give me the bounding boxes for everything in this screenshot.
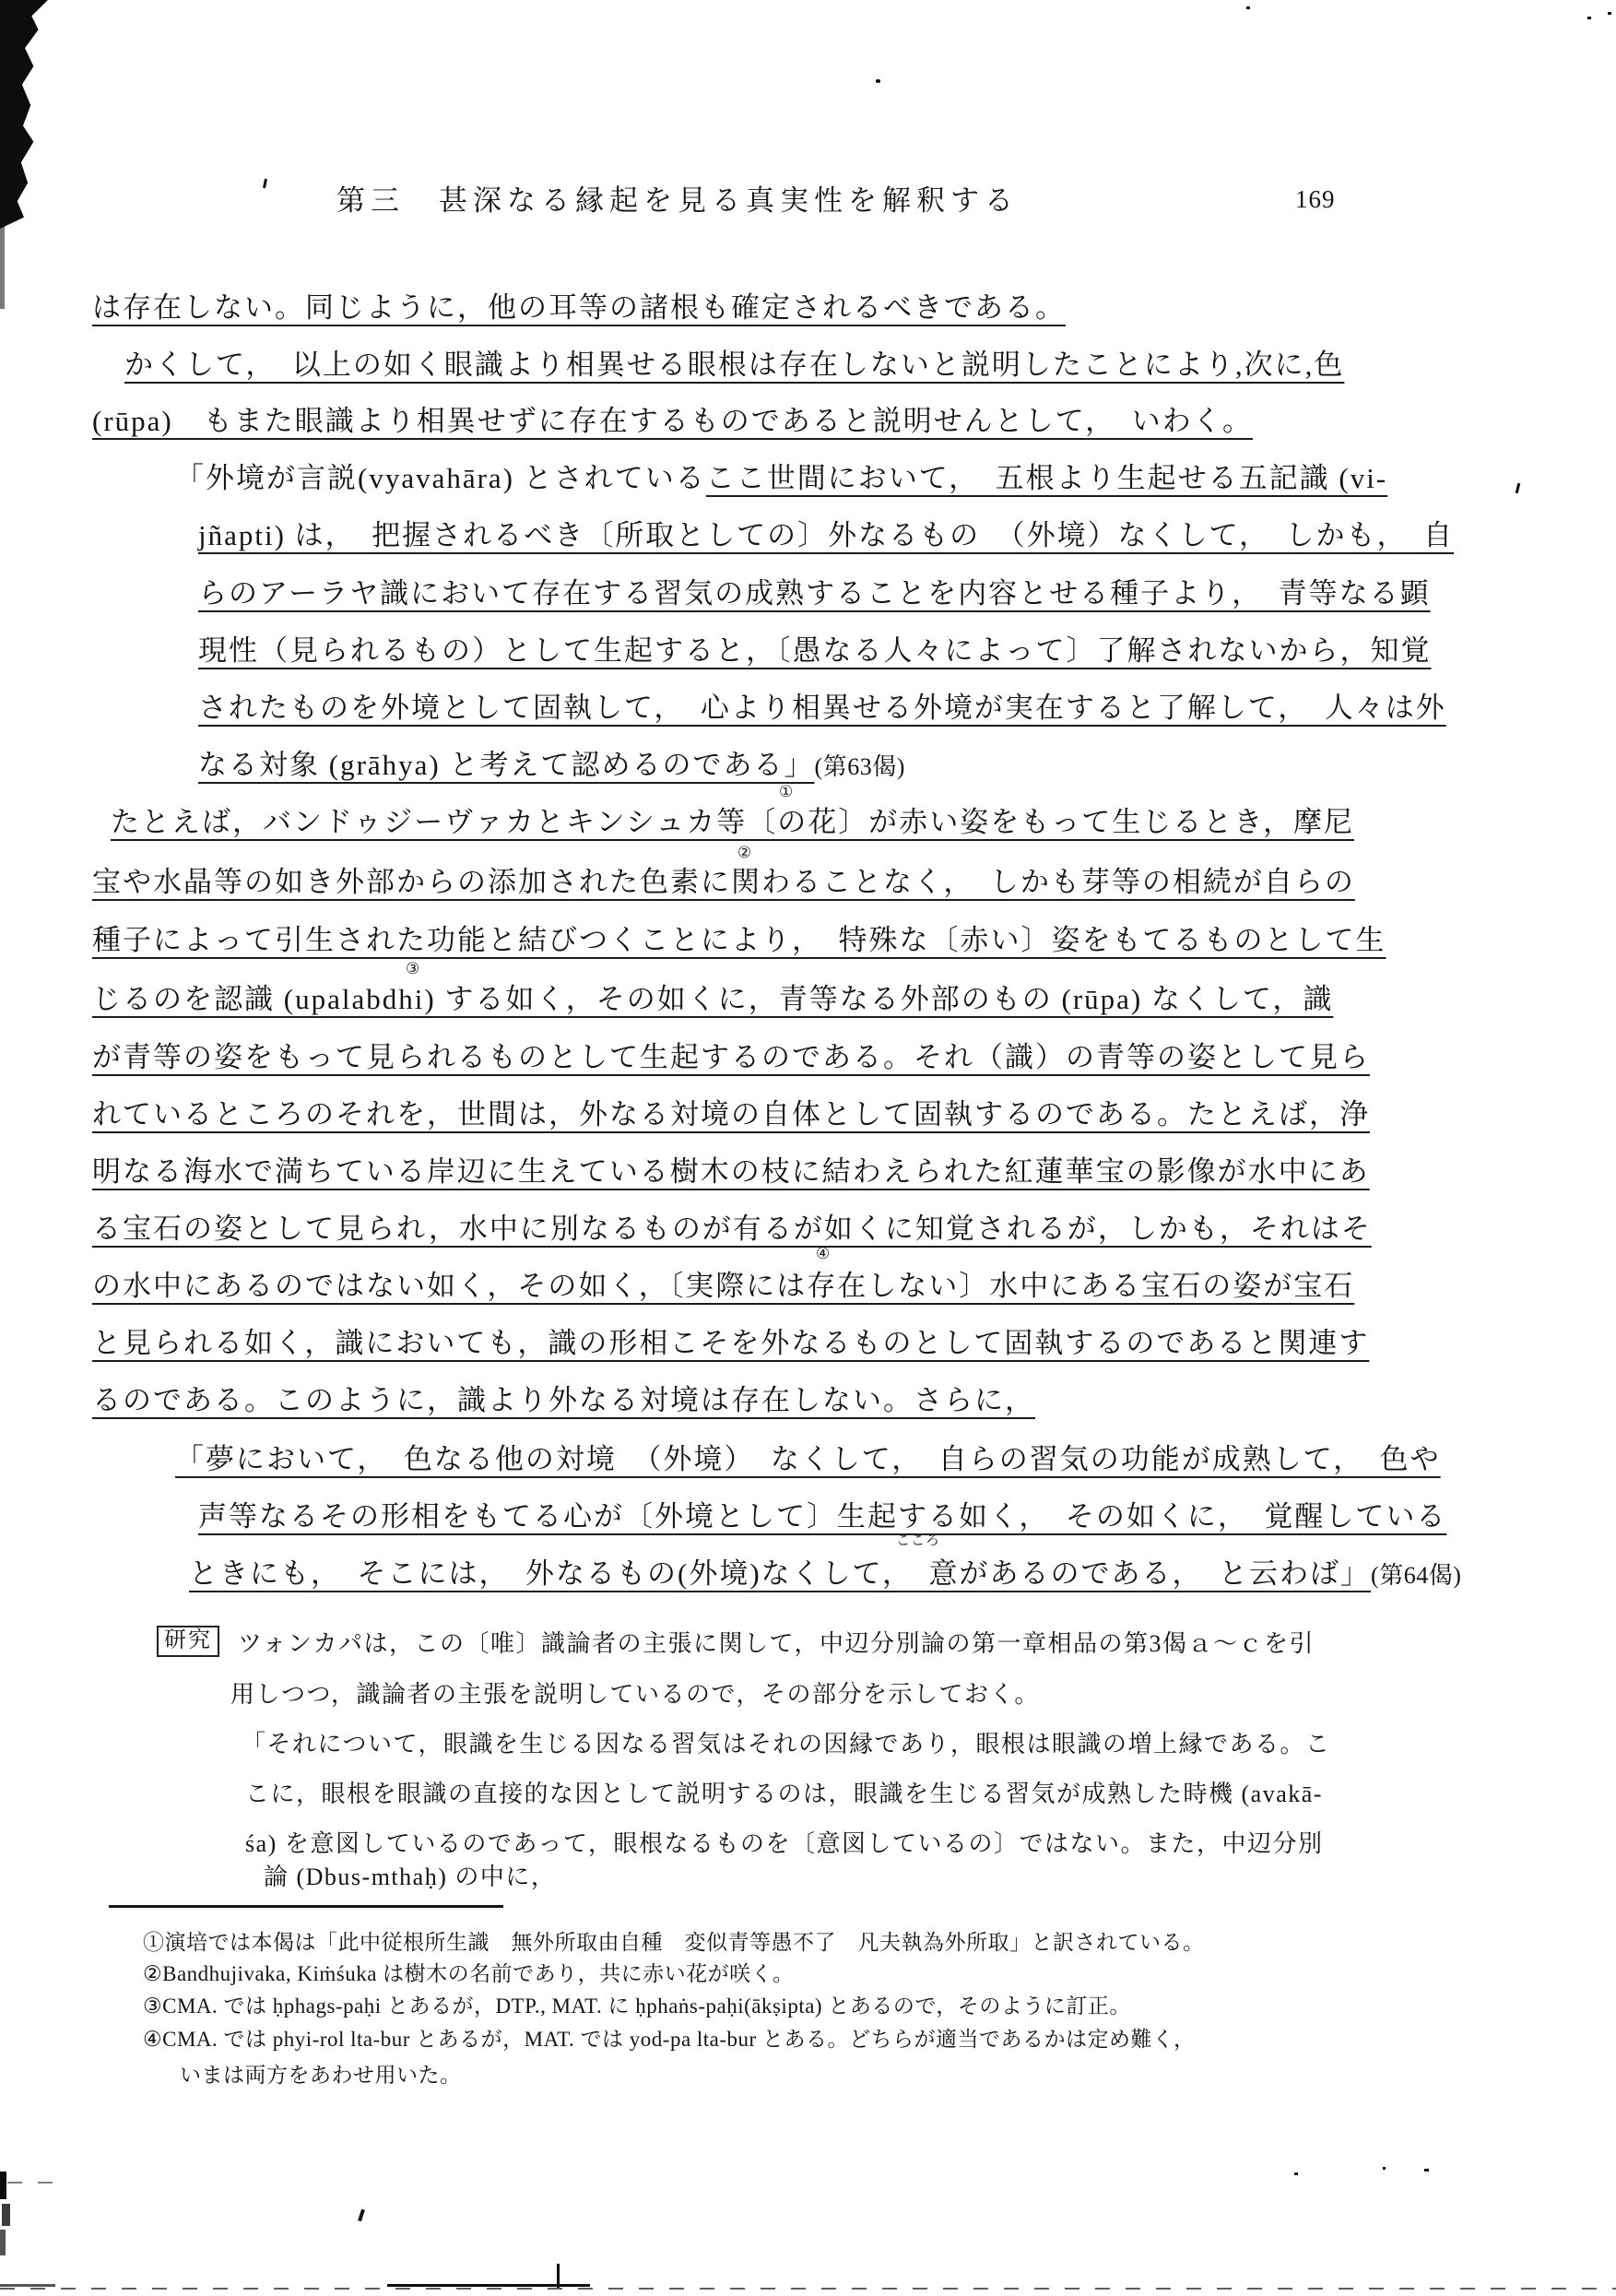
page-number: 169 — [1295, 185, 1336, 214]
verse63-line: らのアーラヤ識において存在する習気の成熟することを内容とせる種子より， 青等なる… — [198, 577, 1431, 610]
body-line: (rūpa) もまた眼識より相異せずに存在するものであると説明せんとして， いわ… — [92, 405, 1253, 438]
body-line: 種子によって引生された功能と結びつくことにより， 特殊な〔赤い〕姿をもてるものと… — [92, 924, 1386, 957]
body-line: 宝や水晶等の如き外部からの添加された色素に関わることなく， しかも芽等の相続が自… — [92, 866, 1355, 899]
verse63-line: jñapti) は， 把握されるべき〔所取としての〕外なるもの （外境）なくして… — [198, 519, 1454, 552]
footnote-marker-4: ④ — [816, 1246, 830, 1261]
verse-text: なる対象 (grāhya) と考えて認めるのである」 — [198, 749, 815, 781]
kenkyu-label: 研究 — [157, 1626, 219, 1657]
verse-text: らのアーラヤ識において存在する習気の成熟することを内容とせる種子より， 青等なる… — [198, 577, 1431, 610]
verse63-line: されたものを外境として固執して， 心より相異せる外境が実在すると了解して， 人々… — [198, 692, 1446, 725]
verse63-line: 現性（見られるもの）として生起すると，〔愚なる人々によって〕了解されないから，知… — [198, 634, 1432, 668]
kenkyu-line: 用しつつ，識論者の主張を説明しているので，その部分を示しておく。 — [230, 1681, 1040, 1709]
footnote-text: いまは両方をあわせ用いた。 — [180, 2064, 462, 2087]
scan-artifact-bottom-segment — [0, 2284, 55, 2287]
scan-speck — [358, 2209, 365, 2222]
body-line: かくして， 以上の如く眼識より相異せる眼根は存在しないと説明したことにより,次に… — [124, 349, 1344, 382]
ruby-annotation: こころ — [896, 1534, 940, 1548]
footnote-text: ③CMA. では ḥphags-paḥi とあるが，DTP., MAT. に ḥ… — [143, 1994, 1131, 2018]
kenkyu-text: こに，眼根を眼識の直接的な因として説明するのは，眼識を生じる習気が成熟した時機 … — [245, 1781, 1323, 1807]
page-number-text: 169 — [1295, 185, 1336, 213]
scan-artifact-bottomleft — [2, 2204, 10, 2226]
body-text: 明なる海水で満ちている岸辺に生えている樹木の枝に結わえられた紅蓮華宝の影像が水中… — [92, 1155, 1370, 1188]
verse-text: 声等なるその形相をもてる心が〔外境として〕生起する如く， その如くに， 覚醒して… — [198, 1500, 1446, 1533]
scan-speck — [1294, 2172, 1298, 2175]
body-line: 明なる海水で満ちている岸辺に生えている樹木の枝に結わえられた紅蓮華宝の影像が水中… — [92, 1155, 1370, 1189]
scan-artifact-bottom-tick — [557, 2264, 560, 2288]
kenkyu-text: 論 (Dbus-mthaḥ) の中に， — [264, 1864, 556, 1890]
footnote-rule — [109, 1905, 503, 1908]
section-title: 第三 甚深なる縁起を見る真実性を解釈する — [336, 184, 1019, 218]
kenkyu-line: śa) を意図しているのであって，眼根なるものを〔意図しているの〕ではない。また… — [245, 1830, 1324, 1858]
body-line: たとえば，バンドゥジーヴァカとキンシュカ等〔の花〕が赤い姿をもって生じるとき，摩… — [111, 806, 1354, 839]
footnote-marker-2: ② — [737, 845, 751, 860]
footnote-text: ④CMA. では phyi-rol lta-bur とあるが，MAT. では y… — [143, 2028, 1196, 2051]
body-text: は存在しない。同じように，他の耳等の諸根も確定されるべきである。 — [92, 291, 1066, 324]
body-line: るのである。このように，識より外なる対境は存在しない。さらに， — [92, 1384, 1035, 1417]
verse-text: 「夢において， 色なる他の対境 （外境） なくして， 自らの習気の功能が成熟して… — [175, 1443, 1441, 1475]
verse-text: 「外境が言説(vyavahāra) とされている — [175, 462, 706, 494]
scan-artifact-dotted-row — [7, 2182, 58, 2184]
footnote-line: ②Bandhujivaka, Kiṁśuka は樹木の名前であり，共に赤い花が咲… — [143, 1962, 794, 1986]
kenkyu-text: 用しつつ，識論者の主張を説明しているので，その部分を示しておく。 — [230, 1681, 1040, 1708]
scan-artifact-bottom-dashed-line — [0, 2288, 1616, 2290]
footnote-marker-3: ③ — [406, 961, 419, 976]
footnote-line: いまは両方をあわせ用いた。 — [180, 2064, 462, 2088]
verse-text: ときにも， そこには， 外なるもの(外境)なくして， 意があるのである， と云わ… — [189, 1557, 1371, 1590]
verse64-line: 声等なるその形相をもてる心が〔外境として〕生起する如く， その如くに， 覚醒して… — [198, 1500, 1446, 1533]
footnote-marker-1: ① — [779, 784, 793, 799]
scan-speck — [1383, 2167, 1386, 2170]
kenkyu-text: śa) を意図しているのであって，眼根なるものを〔意図しているの〕ではない。また… — [245, 1830, 1324, 1857]
scan-speck — [263, 179, 267, 188]
body-text: かくして， 以上の如く眼識より相異せる眼根は存在しないと説明したことにより,次に… — [124, 349, 1344, 381]
footnote-text: ②Bandhujivaka, Kiṁśuka は樹木の名前であり，共に赤い花が咲… — [143, 1962, 794, 1985]
scan-speck — [1516, 483, 1521, 493]
verse-citation: (第63偈) — [815, 753, 905, 780]
body-text: (rūpa) もまた眼識より相異せずに存在するものであると説明せんとして， いわ… — [92, 405, 1253, 437]
footnote-line: ①演培では本偈は「此中従根所生識 無外所取由自種 変似青等愚不了 凡夫執為外所取… — [143, 1931, 1205, 1955]
kenkyu-line: 論 (Dbus-mthaḥ) の中に， — [264, 1864, 556, 1891]
footnote-line: ③CMA. では ḥphags-paḥi とあるが，DTP., MAT. に ḥ… — [143, 1994, 1131, 2018]
body-text: るのである。このように，識より外なる対境は存在しない。さらに， — [92, 1384, 1035, 1416]
scan-speck — [1424, 2169, 1429, 2172]
scan-artifact-bottomleft — [0, 2230, 6, 2255]
verse-text: されたものを外境として固執して， 心より相異せる外境が実在すると了解して， 人々… — [198, 692, 1446, 724]
body-text: 種子によって引生された功能と結びつくことにより， 特殊な〔赤い〕姿をもてるものと… — [92, 924, 1386, 956]
scan-speck — [876, 79, 880, 83]
body-line: が青等の姿をもって見られるものとして生起するのである。それ（識）の青等の姿として… — [92, 1041, 1370, 1074]
kenkyu-line: 「それについて，眼識を生じる因なる習気はそれの因縁であり，眼根は眼識の増上縁であ… — [242, 1731, 1330, 1758]
verse-text: jñapti) は， 把握されるべき〔所取としての〕外なるもの （外境）なくして… — [198, 519, 1454, 551]
scan-artifact-bottomleft — [0, 2172, 6, 2199]
body-line: る宝石の姿として見られ，水中に別なるものが有るが如くに知覚されるが，しかも，それ… — [92, 1213, 1372, 1246]
footnote-line: ④CMA. では phyi-rol lta-bur とあるが，MAT. では y… — [143, 2028, 1196, 2052]
body-text: れているところのそれを，世間は，外なる対境の自体として固執するのである。たとえば… — [92, 1098, 1370, 1130]
scan-speck — [1608, 12, 1611, 15]
body-text: じるのを認識 (upalabdhi) する如く，その如くに，青等なる外部のもの … — [92, 983, 1333, 1015]
body-text: たとえば，バンドゥジーヴァカとキンシュカ等〔の花〕が赤い姿をもって生じるとき，摩… — [111, 806, 1354, 838]
verse-text: 現性（見られるもの）として生起すると，〔愚なる人々によって〕了解されないから，知… — [198, 634, 1432, 667]
scan-speck — [1246, 6, 1250, 9]
scan-artifact-bottom-segment — [387, 2284, 590, 2287]
scan-artifact-left-strip2 — [0, 226, 5, 309]
verse63-line: 「外境が言説(vyavahāra) とされているここ世間において， 五根より生起… — [175, 462, 1387, 495]
verse63-line: なる対象 (grāhya) と考えて認めるのである」(第63偈) — [198, 749, 905, 782]
body-text: る宝石の姿として見られ，水中に別なるものが有るが如くに知覚されるが，しかも，それ… — [92, 1213, 1372, 1245]
footnote-text: ①演培では本偈は「此中従根所生識 無外所取由自種 変似青等愚不了 凡夫執為外所取… — [143, 1931, 1205, 1954]
kenkyu-line: こに，眼根を眼識の直接的な因として説明するのは，眼識を生じる習気が成熟した時機 … — [245, 1781, 1323, 1808]
kenkyu-text: 「それについて，眼識を生じる因なる習気はそれの因縁であり，眼根は眼識の増上縁であ… — [242, 1731, 1330, 1758]
section-title-text: 第三 甚深なる縁起を見る真実性を解釈する — [336, 184, 1019, 217]
body-text: が青等の姿をもって見られるものとして生起するのである。それ（識）の青等の姿として… — [92, 1041, 1370, 1073]
body-line: の水中にあるのではない如く，その如く，〔実際には存在しない〕水中にある宝石の姿が… — [92, 1270, 1354, 1303]
kenkyu-line: ツォンカパは，この〔唯〕識論者の主張に関して，中辺分別論の第一章相品の第3偈ａ～… — [238, 1630, 1315, 1658]
verse64-line: ときにも， そこには， 外なるもの(外境)なくして， 意があるのである， と云わ… — [189, 1557, 1461, 1591]
body-line: は存在しない。同じように，他の耳等の諸根も確定されるべきである。 — [92, 291, 1066, 325]
verse-citation: (第64偈) — [1371, 1562, 1461, 1589]
body-line: と見られる如く，識においても，識の形相こそを外なるものとして固執するのであると関… — [92, 1327, 1369, 1360]
verse-text-underlined: ここ世間において， 五根より生起せる五記識 (vi- — [706, 462, 1387, 494]
scan-speck — [1587, 17, 1591, 19]
body-text: の水中にあるのではない如く，その如く，〔実際には存在しない〕水中にある宝石の姿が… — [92, 1270, 1354, 1302]
body-line: れているところのそれを，世間は，外なる対境の自体として固執するのである。たとえば… — [92, 1098, 1370, 1131]
body-text: 宝や水晶等の如き外部からの添加された色素に関わることなく， しかも芽等の相続が自… — [92, 866, 1355, 898]
kenkyu-text: ツォンカパは，この〔唯〕識論者の主張に関して，中辺分別論の第一章相品の第3偈ａ～… — [238, 1630, 1315, 1657]
verse64-line: 「夢において， 色なる他の対境 （外境） なくして， 自らの習気の功能が成熟して… — [175, 1443, 1441, 1476]
scanned-document-page: 第三 甚深なる縁起を見る真実性を解釈する 169 は存在しない。同じように，他の… — [0, 0, 1616, 2296]
scan-artifact-left-streak — [0, 129, 13, 194]
body-text: と見られる如く，識においても，識の形相こそを外なるものとして固執するのであると関… — [92, 1327, 1369, 1359]
body-line: じるのを認識 (upalabdhi) する如く，その如くに，青等なる外部のもの … — [92, 983, 1333, 1016]
